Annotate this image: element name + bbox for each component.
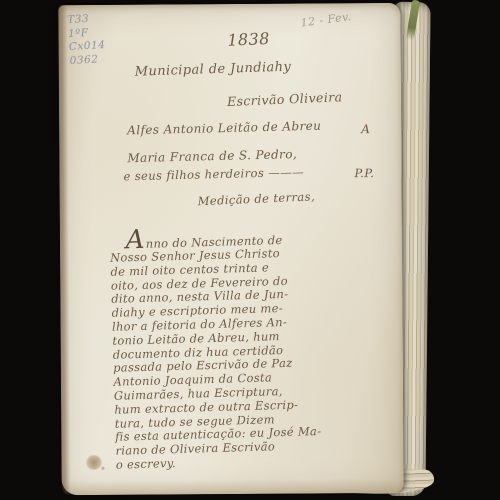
manuscript-photo: T33 1ºF Cx014 0362 12 - Fev. 1838 Munici… (0, 0, 500, 500)
party-b-name: Maria Franca de S. Pedro, (127, 147, 297, 165)
archival-ref-line: Cx014 (69, 39, 106, 55)
body-paragraph: Anno do Nascimento de Nosso Senhor Jesus… (109, 226, 396, 472)
binding-edge (58, 5, 70, 495)
court-title: Municipal de Jundiahy (135, 60, 292, 80)
archival-reference-pencil: T33 1ºF Cx014 0362 (67, 12, 107, 68)
case-subject: Medição de terras, (197, 189, 315, 208)
ink-stain (85, 455, 102, 470)
manuscript-page: T33 1ºF Cx014 0362 12 - Fev. 1838 Munici… (58, 3, 403, 495)
pencil-date-note: 12 - Fev. (300, 10, 352, 29)
party-b-heirs-line: e seus filhos herdeiros ——— (123, 165, 304, 183)
clerk-name: Escrivão Oliveira (227, 89, 343, 109)
party-b-margin-mark: P.P. (354, 166, 374, 180)
party-a-name: Alfes Antonio Leitão de Abreu (127, 119, 321, 138)
paper-speck (102, 467, 105, 470)
year-heading: 1838 (198, 28, 299, 51)
party-a-margin-mark: A (361, 122, 370, 136)
archival-ref-line: 0362 (69, 52, 106, 68)
